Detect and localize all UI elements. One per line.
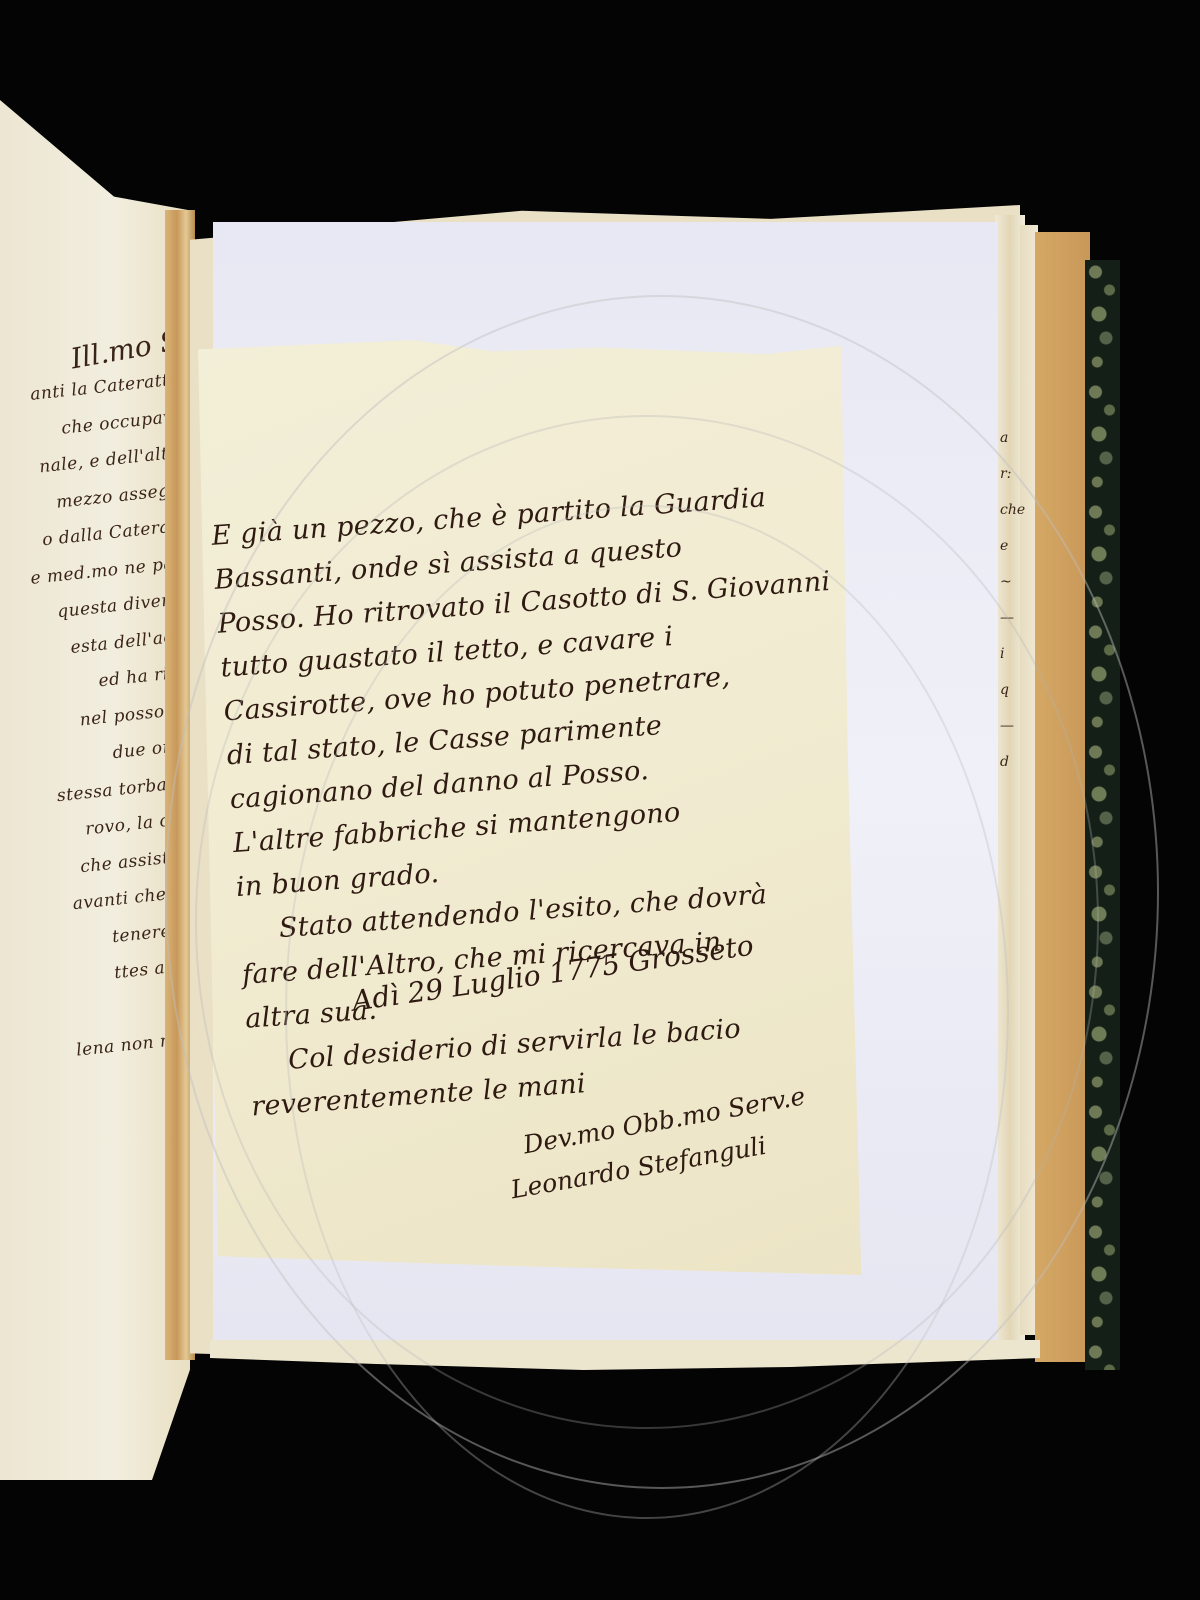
marbled-cover: [1085, 260, 1120, 1370]
margin-fragments: a r: che e ~ — i q — d: [1000, 420, 1030, 1300]
binding-board: [1035, 232, 1090, 1362]
bottom-page-edge: [210, 1340, 1040, 1370]
letter-body: E già un pezzo, che è partito la Guardia…: [210, 469, 911, 1130]
document-photo: Ill.mo Sig. anti la Cateratta che occupa…: [0, 0, 1200, 1600]
